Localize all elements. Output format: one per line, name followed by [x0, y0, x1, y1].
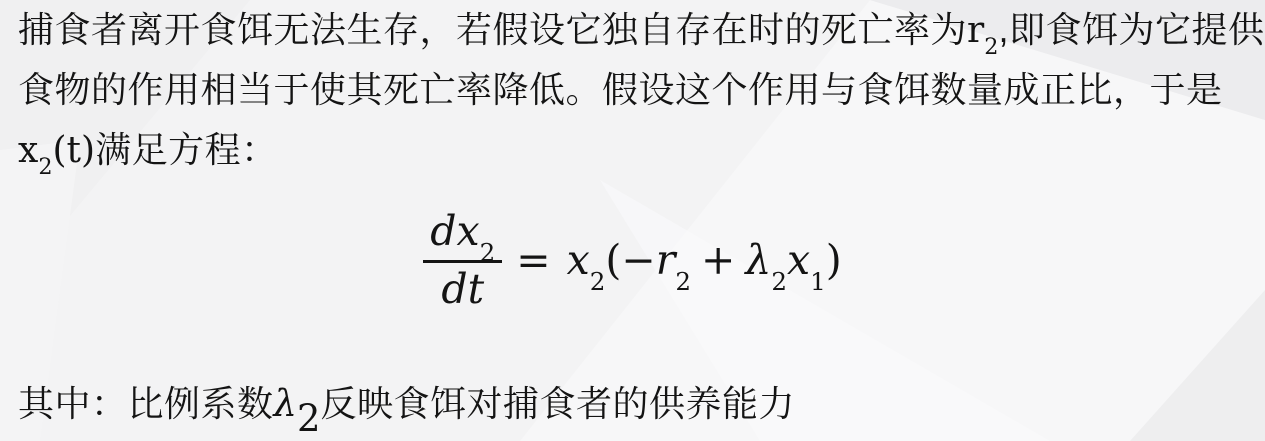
footnote-line: 其中：比例系数λ2反映食饵对捕食者的供养能力 [18, 378, 795, 430]
line2-text: 食物的作用相当于使其死亡率降低。假设这个作用与食饵数量成正比，于是 [18, 69, 1223, 110]
paragraph-line-3: x2(t)满足方程： [18, 120, 1253, 180]
rhs-lambda-subscript: 2 [771, 267, 787, 296]
minus-sign: − [621, 236, 655, 284]
numerator-subscript: 2 [480, 238, 496, 267]
rhs-lambda: λ [745, 236, 771, 284]
fraction-dx2-dt: dx2 dt [423, 208, 502, 313]
footnote-text-post: 反映食饵对捕食者的供养能力 [321, 383, 796, 424]
plus-sign: + [701, 236, 735, 284]
rhs-x: x [567, 236, 590, 284]
numerator-dx: dx [430, 207, 479, 255]
body-paragraph: 捕食者离开食饵无法生存，若假设它独自存在时的死亡率为r2,即食饵为它提供 食物的… [18, 0, 1253, 180]
line3-text: 满足方程： [95, 129, 278, 170]
paragraph-line-2: 食物的作用相当于使其死亡率降低。假设这个作用与食饵数量成正比，于是 [18, 60, 1253, 120]
footnote-text-pre: 其中：比例系数 [18, 383, 274, 424]
variable-r-subscript: 2 [984, 34, 998, 60]
paragraph-line-1: 捕食者离开食饵无法生存，若假设它独自存在时的死亡率为r2,即食饵为它提供 [18, 0, 1253, 60]
equals-sign: = [516, 237, 550, 284]
variable-x2: x [18, 130, 38, 171]
rhs-r-subscript: 2 [675, 267, 691, 296]
variable-r: r [967, 10, 984, 51]
variable-x2-argument: (t) [53, 130, 96, 171]
close-paren: ) [826, 236, 842, 284]
footnote-lambda-subscript: 2 [297, 397, 321, 440]
line1-text-pre: 捕食者离开食饵无法生存，若假设它独自存在时的死亡率为 [18, 9, 967, 50]
differential-equation: dx2 dt = x2(−r2+λ2x1) [0, 208, 1265, 313]
rhs-x1-subscript: 1 [810, 267, 826, 296]
rhs-x-subscript: 2 [590, 267, 606, 296]
footnote-lambda: λ [274, 382, 297, 425]
line1-text-post: ,即食饵为它提供 [998, 9, 1264, 50]
rhs-r: r [656, 236, 676, 284]
slide-canvas: 捕食者离开食饵无法生存，若假设它独自存在时的死亡率为r2,即食饵为它提供 食物的… [0, 0, 1265, 441]
fraction-denominator: dt [441, 263, 484, 313]
rhs-x1: x [787, 236, 810, 284]
variable-x2-subscript: 2 [38, 154, 52, 180]
equation-rhs: x2(−r2+λ2x1) [567, 237, 842, 284]
open-paren: ( [605, 236, 621, 284]
fraction-numerator: dx2 [423, 208, 502, 263]
